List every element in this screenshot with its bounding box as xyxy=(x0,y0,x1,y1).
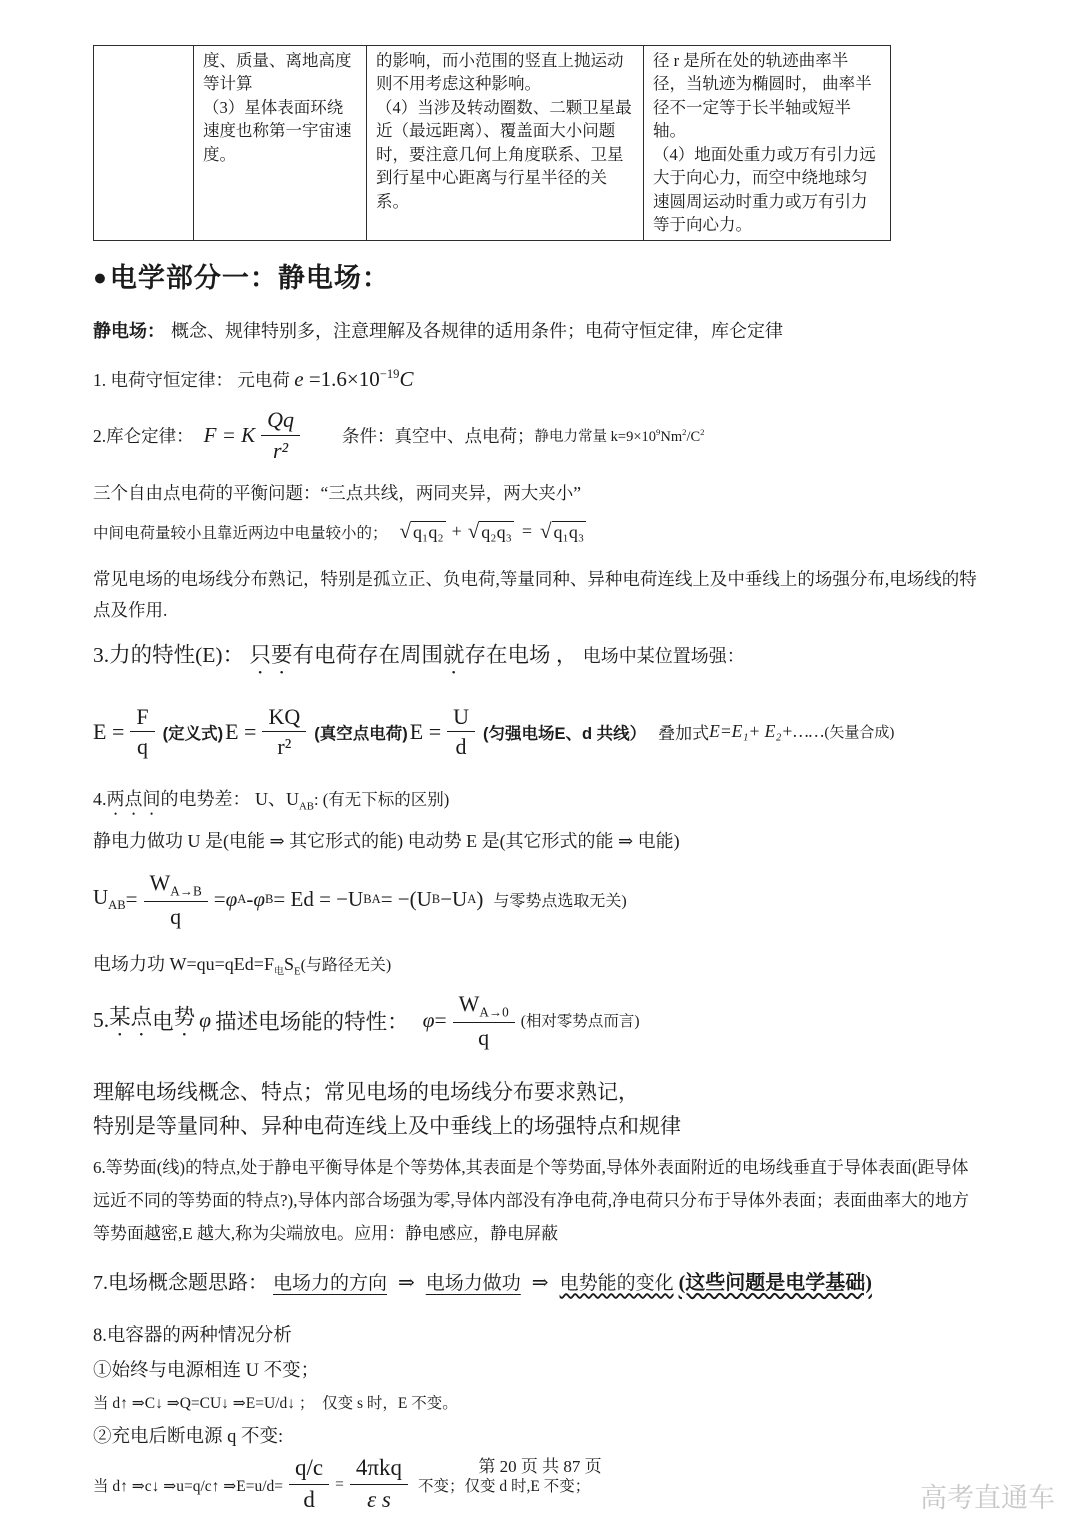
table-cell-empty xyxy=(94,46,194,241)
efield-formula-row: E = Fq (定义式) E = KQr² (真空点电荷) E = Ud (匀强… xyxy=(93,703,985,761)
capacitor-case-1: ①始终与电源相连 U 不变； xyxy=(93,1356,985,1382)
law-4-potential-difference: 4.两点间的电势差： U、UAB: (有无下标的区别) xyxy=(93,785,985,819)
field-lines-paragraph: 常见电场的电场线分布熟记，特别是孤立正、负电荷,等量同种、异种电荷连线上及中垂线… xyxy=(93,564,985,625)
capacitor-chain-1: 当 d↑ ⇒C↓ ⇒Q=CU↓ ⇒E=U/d↓ ； 仅变 s 时，E 不变。 xyxy=(93,1391,985,1413)
section-heading: ●电学部分一：静电场： xyxy=(93,256,985,295)
law-7-concept-path: 7.电场概念题思路： 电场力的方向 ⇒ 电场力做功 ⇒ 电势能的变化 (这些问题… xyxy=(93,1266,985,1295)
law-8-capacitor: 8.电容器的两种情况分析 xyxy=(93,1321,985,1347)
double-arrow-icon: ⇒ xyxy=(532,1272,549,1294)
uab-formula: UAB = WA→Bq = φA - φB = Ed = −UBA = −(UB… xyxy=(93,869,985,930)
intro-line: 静电场：概念、规律特别多，注意理解及各规律的适用条件；电荷守恒定律，库仑定律 xyxy=(93,317,985,343)
table-cell-notes-1: 的影响，而小范围的竖直上抛运动则不用考虑这种影响。 （4）当涉及转动圈数、二颗卫… xyxy=(367,46,644,241)
table-row: 度、质量、离地高度等计算 （3）星体表面环绕速度也称第一宇宙速度。 的影响，而小… xyxy=(94,46,891,241)
law-2-coulomb: 2.库仑定律： F = K Qqr² 条件：真空中、点电荷； 静电力常量 k=9… xyxy=(93,406,985,464)
law-3-field-strength: 3.力的特性(E)： 只要有电荷存在周围就存在电场 ， 电场中某位置场强： xyxy=(93,638,985,679)
page-number: 第 20 页 共 87 页 xyxy=(0,1452,1080,1477)
intro-body: 概念、规律特别多，注意理解及各规律的适用条件；电荷守恒定律，库仑定律 xyxy=(171,321,783,341)
coulomb-constant: 静电力常量 k=9×109Nm2/C2 xyxy=(535,425,705,446)
watermark: 高考直通车 xyxy=(920,1476,1055,1515)
capacitor-case-2: ②充电后断电源 q 不变: xyxy=(93,1422,985,1448)
coulomb-formula: F = K xyxy=(204,423,256,448)
document-page: 度、质量、离地高度等计算 （3）星体表面环绕速度也称第一宇宙速度。 的影响，而小… xyxy=(0,0,1080,1527)
balance-rule: 三个自由点电荷的平衡问题：“三点共线，两同夹异，两大夹小” xyxy=(93,480,985,505)
cell-paragraph: （3）星体表面环绕速度也称第一宇宙速度。 xyxy=(203,96,357,166)
cell-paragraph: （4）当涉及转动圈数、二颗卫星最近（最远距离）、覆盖面大小问题时，要注意几何上角… xyxy=(376,96,634,213)
electric-work-line: 电场力功 W=qu=qEd=F电SE(与路径无关) xyxy=(93,950,985,978)
bullet-icon: ● xyxy=(93,264,108,290)
cell-paragraph: 的影响，而小范围的竖直上抛运动则不用考虑这种影响。 xyxy=(376,49,634,96)
work-energy-line: 静电力做功 U 是(电能 ⇒ 其它形式的能) 电动势 E 是(其它形式的能 ⇒ … xyxy=(93,827,985,853)
double-arrow-icon: ⇒ xyxy=(398,1272,415,1294)
middle-charge-rule: 中间电荷量较小且靠近两边中电量较小的； √q₁q₂ + √q₂q₃ = √q₁q… xyxy=(93,519,985,544)
intro-lead: 静电场： xyxy=(93,321,165,341)
law-1-charge-conservation: 1. 电荷守恒定律： 元电荷 e =1.6×10−19C xyxy=(93,367,985,392)
understand-paragraph: 理解电场线概念、特点；常见电场的电场线分布要求熟记， 特别是等量同种、异种电荷连… xyxy=(93,1075,985,1143)
cell-paragraph: 度、质量、离地高度等计算 xyxy=(203,49,357,96)
table-cell-topic: 度、质量、离地高度等计算 （3）星体表面环绕速度也称第一宇宙速度。 xyxy=(194,46,367,241)
law-6-equipotential: 6.等势面(线)的特点,处于静电平衡导体是个等势体,其表面是个等势面,导体外表面… xyxy=(93,1151,985,1250)
section-title: 电学部分一：静电场： xyxy=(110,263,390,293)
law-5-potential: 5.某点电势 φ 描述电场能的特性： φ = WA→0q (相对零势点而言) xyxy=(93,990,985,1051)
elementary-charge-formula: e xyxy=(294,367,303,391)
cell-paragraph: （4）地面处重力或万有引力远大于向心力，而空中绕地球匀速圆周运动时重力或万有引力… xyxy=(653,143,881,237)
cell-paragraph: 径 r 是所在处的轨迹曲率半径，当轨迹为椭圆时， 曲率半径不一定等于长半轴或短半… xyxy=(653,49,881,143)
table-cell-notes-2: 径 r 是所在处的轨迹曲率半径，当轨迹为椭圆时， 曲率半径不一定等于长半轴或短半… xyxy=(644,46,891,241)
summary-table: 度、质量、离地高度等计算 （3）星体表面环绕速度也称第一宇宙速度。 的影响，而小… xyxy=(93,45,891,241)
